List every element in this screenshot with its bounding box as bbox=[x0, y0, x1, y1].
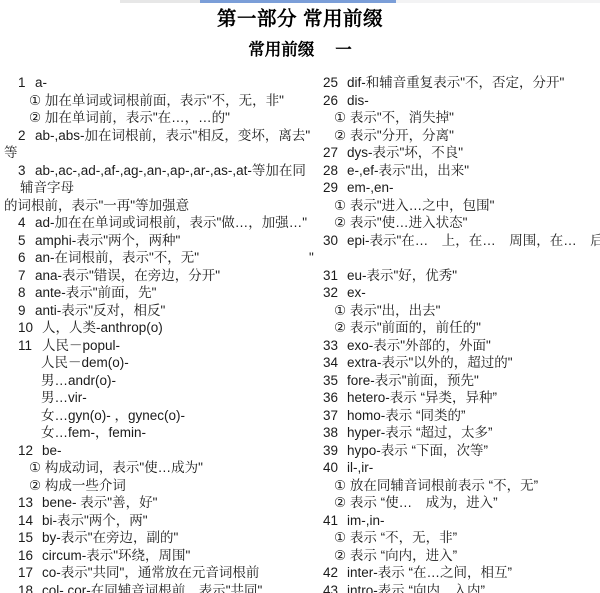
list-line: 女…fem-，femin- bbox=[2, 424, 302, 442]
list-line: 27dys-表示"坏，不良" bbox=[307, 144, 598, 162]
list-line: 3ab-,ac-,ad-,af-,ag-,an-,ap-,ar-,as-,at-… bbox=[2, 162, 302, 180]
item-number: 13 bbox=[18, 494, 42, 512]
list-line: ① 放在同辅音词根前表示 “不，无” bbox=[307, 477, 598, 495]
list-line: ① 表示"出，出去" bbox=[307, 302, 598, 320]
list-line: 14bi-表示"两个，两" bbox=[2, 512, 302, 530]
item-text: col-,cor-在同辅音词根前，表示"共同" bbox=[42, 583, 262, 593]
item-text: ① 表示"出，出去" bbox=[334, 303, 440, 318]
item-text: ② 表示"前面的，前任的" bbox=[334, 320, 481, 335]
list-line: 15by-表示"在旁边，副的" bbox=[2, 529, 302, 547]
item-text: hypo-表示 “下面，次等” bbox=[347, 443, 488, 458]
list-line: ② 表示 “使… 成为，进入” bbox=[307, 494, 598, 512]
list-line: 17co-表示"共同"，通常放在元音词根前 bbox=[2, 564, 302, 582]
item-text: " bbox=[309, 250, 314, 265]
item-number: 17 bbox=[18, 564, 42, 582]
list-line: 5amphi-表示"两个，两种" bbox=[2, 232, 302, 250]
item-text: exo-表示"外部的，外面" bbox=[347, 338, 491, 353]
item-text: be- bbox=[42, 443, 62, 458]
item-number: 40 bbox=[323, 459, 347, 477]
list-line: 31eu-表示"好，优秀" bbox=[307, 267, 598, 285]
item-number: 37 bbox=[323, 407, 347, 425]
list-line: 29em-,en- bbox=[307, 179, 598, 197]
item-number: 11 bbox=[18, 337, 42, 355]
item-text: ② 加在单词前，表示"在…，…的" bbox=[29, 110, 230, 125]
item-number: 10 bbox=[18, 319, 42, 337]
item-text: ex- bbox=[347, 285, 366, 300]
item-text: 等 bbox=[4, 145, 18, 160]
item-text: ① 表示"不，消失掉" bbox=[334, 110, 454, 125]
item-text: a- bbox=[35, 75, 47, 90]
item-text: hyper-表示 “超过，太多” bbox=[347, 425, 493, 440]
item-number: 30 bbox=[323, 232, 347, 250]
item-text: circum-表示"环绕，周围" bbox=[42, 548, 190, 563]
item-number: 41 bbox=[323, 512, 347, 530]
item-text: il-,ir- bbox=[347, 460, 373, 475]
item-text: ① 构成动词，表示"使…成为" bbox=[29, 460, 203, 475]
item-text: fore-表示"前面，预先" bbox=[347, 373, 479, 388]
item-text: by-表示"在旁边，副的" bbox=[42, 530, 178, 545]
list-line: 18col-,cor-在同辅音词根前，表示"共同" bbox=[2, 582, 302, 593]
list-line: 39hypo-表示 “下面，次等” bbox=[307, 442, 598, 460]
item-text: co-表示"共同"，通常放在元音词根前 bbox=[42, 565, 259, 580]
prefix-list-column-right: 25dif-和辅音重复表示"不，否定，分开"26dis-① 表示"不，消失掉"②… bbox=[307, 74, 598, 593]
item-text: intro-表示 “向内，入内” bbox=[347, 583, 485, 593]
item-text: im-,in- bbox=[347, 513, 385, 528]
list-line: 1a- bbox=[2, 74, 302, 92]
list-line: 9anti-表示"反对，相反" bbox=[2, 302, 302, 320]
item-text: ② 表示"使…进入状态" bbox=[334, 215, 467, 230]
item-text: ad-加在在单词或词根前，表示"做…，加强…" bbox=[35, 215, 307, 230]
list-line: ① 表示"不，消失掉" bbox=[307, 109, 598, 127]
list-line: 7ana-表示"错误，在旁边，分开" bbox=[2, 267, 302, 285]
list-line: 41im-,in- bbox=[307, 512, 598, 530]
list-line: 38hyper-表示 “超过，太多” bbox=[307, 424, 598, 442]
item-text: bi-表示"两个，两" bbox=[42, 513, 148, 528]
item-number: 42 bbox=[323, 564, 347, 582]
item-number: 26 bbox=[323, 92, 347, 110]
item-number: 5 bbox=[18, 232, 35, 250]
item-text: inter-表示 “在…之间，相互” bbox=[347, 565, 512, 580]
list-line: ① 表示"进入…之中，包围" bbox=[307, 197, 598, 215]
list-line: ② 表示 “向内，进入” bbox=[307, 547, 598, 565]
item-text: 女…gyn(o)- ，gynec(o)- bbox=[41, 408, 185, 423]
item-text: ① 加在单词或词根前面，表示"不，无，非" bbox=[29, 93, 284, 108]
item-number: 8 bbox=[18, 284, 35, 302]
item-number: 3 bbox=[18, 162, 35, 180]
list-line: ② 表示"使…进入状态" bbox=[307, 214, 598, 232]
page-title: 第一部分 常用前缀 bbox=[0, 3, 600, 31]
item-text: ab-,abs-加在词根前，表示"相反，变坏，离去" bbox=[35, 128, 310, 143]
item-number: 38 bbox=[323, 424, 347, 442]
item-text: 辅音字母 bbox=[20, 180, 74, 195]
item-number: 7 bbox=[18, 267, 35, 285]
item-number: 32 bbox=[323, 284, 347, 302]
list-line: 女…gyn(o)- ，gynec(o)- bbox=[2, 407, 302, 425]
item-number: 28 bbox=[323, 162, 347, 180]
item-text: an-在词根前，表示"不，无" bbox=[35, 250, 199, 265]
item-number: 36 bbox=[323, 389, 347, 407]
list-line: ② 表示"分开，分离" bbox=[307, 127, 598, 145]
list-line: 43intro-表示 “向内，入内” bbox=[307, 582, 598, 593]
list-line: 25dif-和辅音重复表示"不，否定，分开" bbox=[307, 74, 598, 92]
item-text: eu-表示"好，优秀" bbox=[347, 268, 457, 283]
item-text: 人，人类-anthrop(o) bbox=[42, 320, 163, 335]
item-text: amphi-表示"两个，两种" bbox=[35, 233, 180, 248]
list-line: 36hetero-表示 “异类，异种” bbox=[307, 389, 598, 407]
list-line: 13bene- 表示"善，好" bbox=[2, 494, 302, 512]
item-number: 4 bbox=[18, 214, 35, 232]
list-line: ① 加在单词或词根前面，表示"不，无，非" bbox=[2, 92, 302, 110]
list-line: ② 表示"前面的，前任的" bbox=[307, 319, 598, 337]
item-number: 39 bbox=[323, 442, 347, 460]
item-number: 1 bbox=[18, 74, 35, 92]
list-line: 8ante-表示"前面，先" bbox=[2, 284, 302, 302]
item-text: 男…andr(o)- bbox=[41, 373, 116, 388]
item-text: ① 表示 “不，无，非” bbox=[334, 530, 457, 545]
item-number: 35 bbox=[323, 372, 347, 390]
item-text: epi-表示"在… 上，在… 周围，在… 后面 bbox=[347, 233, 600, 248]
item-text: e-,ef-表示"出，出来" bbox=[347, 163, 469, 178]
item-number: 16 bbox=[18, 547, 42, 565]
item-text: em-,en- bbox=[347, 180, 394, 195]
list-line: 42inter-表示 “在…之间，相互” bbox=[307, 564, 598, 582]
item-text: dif-和辅音重复表示"不，否定，分开" bbox=[347, 75, 564, 90]
section-heading: 常用前缀 一 bbox=[0, 36, 600, 60]
list-line: 34extra-表示"以外的，超过的" bbox=[307, 354, 598, 372]
item-text: ab-,ac-,ad-,af-,ag-,an-,ap-,ar-,as-,at-等… bbox=[35, 163, 306, 178]
item-number: 34 bbox=[323, 354, 347, 372]
item-text: anti-表示"反对，相反" bbox=[35, 303, 165, 318]
list-line: 6an-在词根前，表示"不，无" bbox=[2, 249, 302, 267]
item-number: 33 bbox=[323, 337, 347, 355]
item-number: 18 bbox=[18, 582, 42, 593]
list-line: 33exo-表示"外部的，外面" bbox=[307, 337, 598, 355]
item-text: ① 表示"进入…之中，包围" bbox=[334, 198, 494, 213]
list-line: ① 表示 “不，无，非” bbox=[307, 529, 598, 547]
item-number: 9 bbox=[18, 302, 35, 320]
item-number: 15 bbox=[18, 529, 42, 547]
list-line: 16circum-表示"环绕，周围" bbox=[2, 547, 302, 565]
item-number: 25 bbox=[323, 74, 347, 92]
list-line: 12be- bbox=[2, 442, 302, 460]
item-text: bene- 表示"善，好" bbox=[42, 495, 157, 510]
item-text: ② 表示 “向内，进入” bbox=[334, 548, 457, 563]
item-text: dis- bbox=[347, 93, 369, 108]
item-number: 27 bbox=[323, 144, 347, 162]
list-line: 辅音字母 bbox=[2, 179, 302, 197]
list-line: 人民－dem(o)- bbox=[2, 354, 302, 372]
item-text: 人民－dem(o)- bbox=[41, 355, 129, 370]
list-line: 35fore-表示"前面，预先" bbox=[307, 372, 598, 390]
list-line: ② 加在单词前，表示"在…，…的" bbox=[2, 109, 302, 127]
item-text: dys-表示"坏，不良" bbox=[347, 145, 463, 160]
list-line: 的词根前，表示"一再"等加强意 bbox=[2, 197, 302, 215]
list-line: 40il-,ir- bbox=[307, 459, 598, 477]
list-line: 32ex- bbox=[307, 284, 598, 302]
item-text: 人民－popul- bbox=[42, 338, 120, 353]
item-text: ① 放在同辅音词根前表示 “不，无” bbox=[334, 478, 538, 493]
item-text: homo-表示 “同类的” bbox=[347, 408, 466, 423]
item-text: 男…vir- bbox=[41, 390, 87, 405]
list-line: ① 构成动词，表示"使…成为" bbox=[2, 459, 302, 477]
item-text: ② 表示"分开，分离" bbox=[334, 128, 454, 143]
item-text: ② 构成一些介词 bbox=[29, 478, 126, 493]
item-text: ana-表示"错误，在旁边，分开" bbox=[35, 268, 220, 283]
item-number: 14 bbox=[18, 512, 42, 530]
list-line: 男…vir- bbox=[2, 389, 302, 407]
item-text: ante-表示"前面，先" bbox=[35, 285, 156, 300]
list-line: 11人民－popul- bbox=[2, 337, 302, 355]
item-number: 6 bbox=[18, 249, 35, 267]
list-line: 男…andr(o)- bbox=[2, 372, 302, 390]
item-text: extra-表示"以外的，超过的" bbox=[347, 355, 513, 370]
item-number: 29 bbox=[323, 179, 347, 197]
item-text: 女…fem-，femin- bbox=[41, 425, 146, 440]
list-line: 26dis- bbox=[307, 92, 598, 110]
item-number: 12 bbox=[18, 442, 42, 460]
list-line: ② 构成一些介词 bbox=[2, 477, 302, 495]
item-number: 31 bbox=[323, 267, 347, 285]
list-line: 10人，人类-anthrop(o) bbox=[2, 319, 302, 337]
list-line: 37homo-表示 “同类的” bbox=[307, 407, 598, 425]
list-line: 30epi-表示"在… 上，在… 周围，在… 后面 bbox=[307, 232, 598, 250]
list-line: 等 bbox=[2, 144, 302, 162]
item-text: ② 表示 “使… 成为，进入” bbox=[334, 495, 498, 510]
list-line: 2ab-,abs-加在词根前，表示"相反，变坏，离去" bbox=[2, 127, 302, 145]
item-text: hetero-表示 “异类，异种” bbox=[347, 390, 497, 405]
item-number: 2 bbox=[18, 127, 35, 145]
prefix-list-column-left: 1a-① 加在单词或词根前面，表示"不，无，非"② 加在单词前，表示"在…，…的… bbox=[2, 74, 302, 593]
list-line: 28e-,ef-表示"出，出来" bbox=[307, 162, 598, 180]
list-line: 4ad-加在在单词或词根前，表示"做…，加强…" bbox=[2, 214, 302, 232]
item-number: 43 bbox=[323, 582, 347, 593]
list-line: " bbox=[307, 249, 598, 267]
item-text: 的词根前，表示"一再"等加强意 bbox=[4, 198, 189, 213]
